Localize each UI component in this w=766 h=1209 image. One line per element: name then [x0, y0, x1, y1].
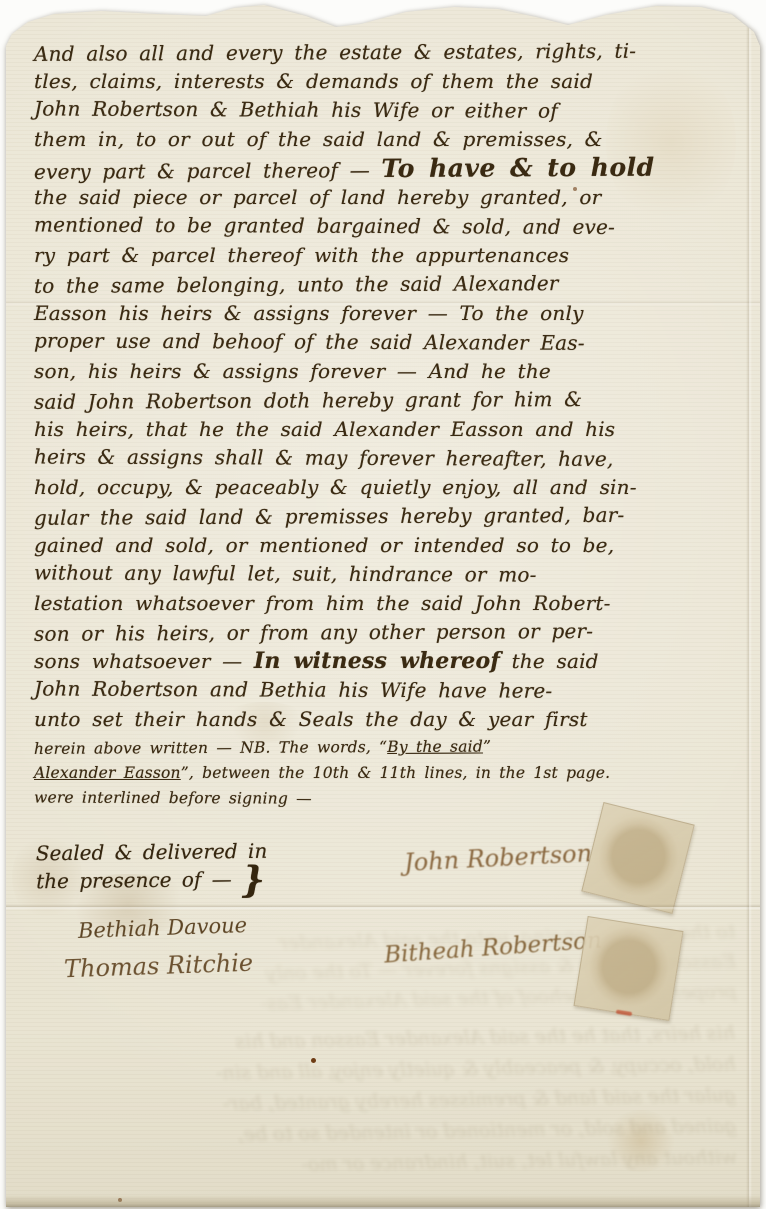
manuscript-line: John Robertson & Bethiah his Wife or eit…	[34, 94, 740, 126]
attestation-line: the presence of —}	[36, 865, 268, 896]
ink-bleed-through: his heirs, that he the said Alexander Ea…	[45, 1018, 738, 1185]
manuscript-line: to the same belonging, unto the said Ale…	[34, 268, 740, 301]
paper-sheet: his heirs, that he the said Alexander Ea…	[6, 2, 760, 1207]
manuscript-line: unto set their hands & Seals the day & y…	[34, 705, 740, 734]
signature-john-robertson: John Robertson	[403, 839, 592, 877]
attestation-line: Sealed & delivered in	[36, 837, 268, 867]
underlined-phrase: Alexander Easson	[34, 764, 181, 782]
manuscript-line: tles, claims, interests & demands of the…	[34, 67, 740, 96]
manuscript-line: hold, occupy, & peaceably & quietly enjo…	[34, 473, 740, 502]
fold-crease-horizontal	[6, 300, 760, 306]
attestation-brace: }	[241, 859, 265, 901]
line-text: ”, between the 10th & 11th lines, in the…	[181, 764, 611, 782]
manuscript-line-nb: Alexander Easson”, between the 10th & 11…	[34, 760, 740, 786]
manuscript-line: without any lawful let, suit, hindrance …	[34, 558, 740, 590]
signature-witness-thomas-ritchie: Thomas Ritchie	[64, 949, 254, 984]
fold-crease-horizontal	[6, 904, 760, 910]
attestation-clause: Sealed & delivered in the presence of —}	[36, 837, 268, 896]
manuscript-line: John Robertson and Bethia his Wife have …	[34, 674, 740, 706]
paper-bottom-edge	[6, 1195, 760, 1207]
manuscript-line: them in, to or out of the said land & pr…	[34, 125, 740, 154]
line-text: sons whatsoever —	[34, 649, 254, 673]
fold-crease-vertical	[746, 2, 752, 1207]
manuscript-line: the said piece or parcel of land hereby …	[34, 183, 740, 212]
manuscript-line: And also all and every the estate & esta…	[34, 36, 740, 69]
deed-body-text: And also all and every the estate & esta…	[34, 38, 740, 812]
line-text: ”	[483, 737, 491, 755]
manuscript-line: ry part & parcel thereof with the appurt…	[34, 241, 740, 270]
manuscript-line: gular the said land & premisses hereby g…	[34, 500, 740, 533]
manuscript-line: heirs & assigns shall & may forever here…	[34, 442, 740, 474]
manuscript-line: son, his heirs & assigns forever — And h…	[34, 357, 740, 386]
deed-page: his heirs, that he the said Alexander Ea…	[6, 2, 760, 1207]
manuscript-line: sons whatsoever — In witness whereof the…	[34, 647, 740, 676]
manuscript-line: proper use and behoof of the said Alexan…	[34, 326, 740, 358]
signature-witness-bethiah-davoue: Bethiah Davoue	[78, 913, 248, 943]
manuscript-line: son or his heirs, or from any other pers…	[34, 616, 740, 649]
witness-phrase: In witness whereof	[254, 648, 500, 674]
manuscript-line: mentioned to be granted bargained & sold…	[34, 210, 740, 242]
manuscript-line: his heirs, that he the said Alexander Ea…	[34, 415, 740, 444]
wafer-seal	[581, 802, 694, 914]
habendum-phrase: To have & to hold	[381, 153, 654, 183]
underlined-phrase: By the said	[387, 737, 483, 756]
manuscript-line: said John Robertson doth hereby grant fo…	[34, 384, 740, 417]
line-text: every part & parcel thereof —	[34, 158, 382, 184]
wafer-seal	[573, 916, 683, 1021]
manuscript-line: gained and sold, or mentioned or intende…	[34, 531, 740, 560]
manuscript-line: lestation whatsoever from him the said J…	[34, 589, 740, 618]
manuscript-line-nb: herein above written — NB. The words, “B…	[34, 732, 740, 762]
manuscript-line: every part & parcel thereof — To have & …	[34, 152, 740, 185]
line-text: herein above written — NB. The words, “	[34, 738, 387, 758]
line-text: the said	[500, 649, 599, 673]
attestation-text: the presence of —	[36, 867, 232, 893]
